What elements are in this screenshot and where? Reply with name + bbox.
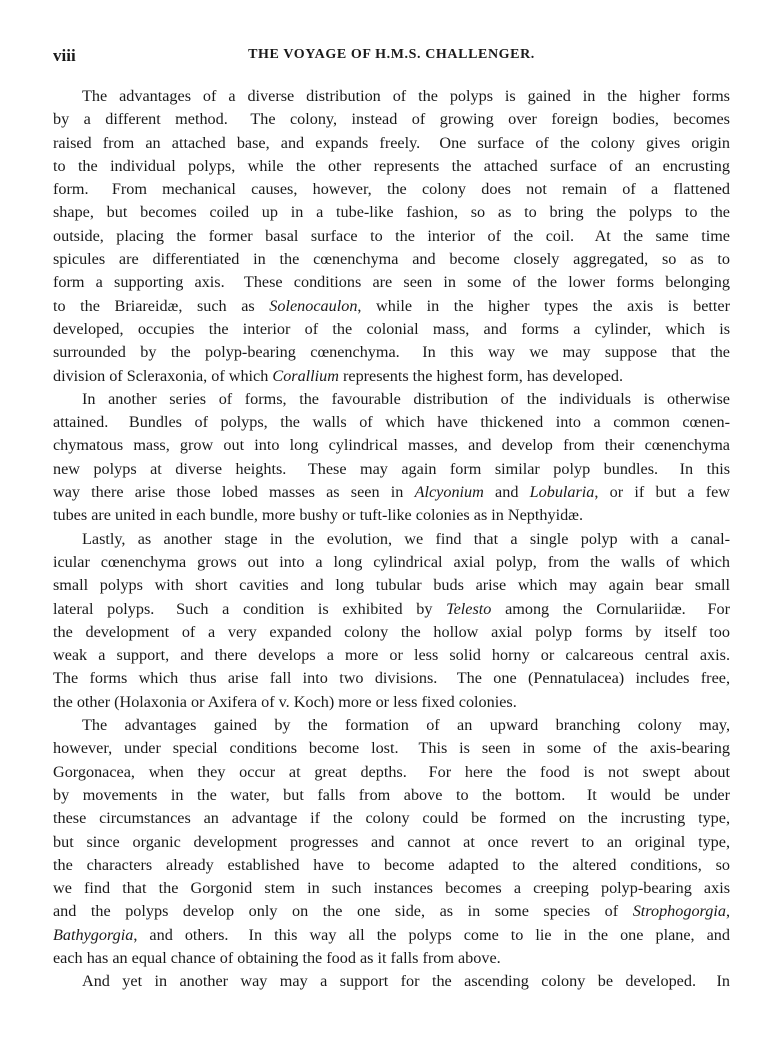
text-line: by movements in the water, but falls fro… (53, 784, 730, 807)
text-line: developed, occupies the interior of the … (53, 318, 730, 341)
text-line: shape, but becomes coiled up in a tube-l… (53, 201, 730, 224)
taxon-name: Alcyonium (415, 483, 484, 501)
taxon-name: Lobularia (530, 483, 595, 501)
text-line: lateral polyps. Such a condition is exhi… (53, 598, 730, 621)
text-line: spicules are differentiated in the cœnen… (53, 248, 730, 271)
text-line: but since organic development progresses… (53, 831, 730, 854)
paragraph: And yet in another way may a support for… (53, 970, 730, 993)
text-line: weak a support, and there develops a mor… (53, 644, 730, 667)
text-line: icular cœnenchyma grows out into a long … (53, 551, 730, 574)
body-text: The advantages of a diverse distribution… (53, 85, 730, 994)
text-line: form a supporting axis. These conditions… (53, 271, 730, 294)
paragraph: The advantages of a diverse distribution… (53, 85, 730, 388)
taxon-name: Solenocaulon (269, 297, 357, 315)
text-line: the characters already established have … (53, 854, 730, 877)
paragraph: In another series of forms, the favourab… (53, 388, 730, 528)
text-line: And yet in another way may a support for… (53, 970, 730, 993)
text-line: The forms which thus arise fall into two… (53, 667, 730, 690)
text-line: to the Briareidæ, such as Solenocaulon, … (53, 295, 730, 318)
text-line: the other (Holaxonia or Axifera of v. Ko… (53, 691, 730, 714)
text-line: new polyps at diverse heights. These may… (53, 458, 730, 481)
text-line: Lastly, as another stage in the evolutio… (53, 528, 730, 551)
text-line: by a different method. The colony, inste… (53, 108, 730, 131)
text-line: chymatous mass, grow out into long cylin… (53, 434, 730, 457)
text-line: tubes are united in each bundle, more bu… (53, 504, 730, 527)
text-line: Gorgonacea, when they occur at great dep… (53, 761, 730, 784)
text-line: however, under special conditions become… (53, 737, 730, 760)
text-line: outside, placing the former basal surfac… (53, 225, 730, 248)
paragraph: The advantages gained by the formation o… (53, 714, 730, 970)
text-line: In another series of forms, the favourab… (53, 388, 730, 411)
text-line: small polyps with short cavities and lon… (53, 574, 730, 597)
page-header: viii THE VOYAGE OF H.M.S. CHALLENGER. (53, 46, 730, 68)
taxon-name: Bathygorgia (53, 926, 133, 944)
text-line: surrounded by the polyp-bearing cœnenchy… (53, 341, 730, 364)
text-line: The advantages of a diverse distribution… (53, 85, 730, 108)
text-line: division of Scleraxonia, of which Corall… (53, 365, 730, 388)
text-line: these circumstances an advantage if the … (53, 807, 730, 830)
text-line: way there arise those lobed masses as se… (53, 481, 730, 504)
paragraph: Lastly, as another stage in the evolutio… (53, 528, 730, 714)
text-line: Bathygorgia, and others. In this way all… (53, 924, 730, 947)
text-line: form. From mechanical causes, however, t… (53, 178, 730, 201)
text-line: to the individual polyps, while the othe… (53, 155, 730, 178)
text-line: and the polyps develop only on the one s… (53, 900, 730, 923)
text-line: each has an equal chance of obtaining th… (53, 947, 730, 970)
text-line: the development of a very expanded colon… (53, 621, 730, 644)
text-line: The advantages gained by the formation o… (53, 714, 730, 737)
taxon-name: Telesto (446, 600, 491, 618)
taxon-name: Strophogorgia (633, 902, 726, 920)
text-line: attained. Bundles of polyps, the walls o… (53, 411, 730, 434)
taxon-name: Corallium (272, 367, 339, 385)
running-title: THE VOYAGE OF H.M.S. CHALLENGER. (53, 47, 730, 63)
text-line: we find that the Gorgonid stem in such i… (53, 877, 730, 900)
text-line: raised from an attached base, and expand… (53, 132, 730, 155)
